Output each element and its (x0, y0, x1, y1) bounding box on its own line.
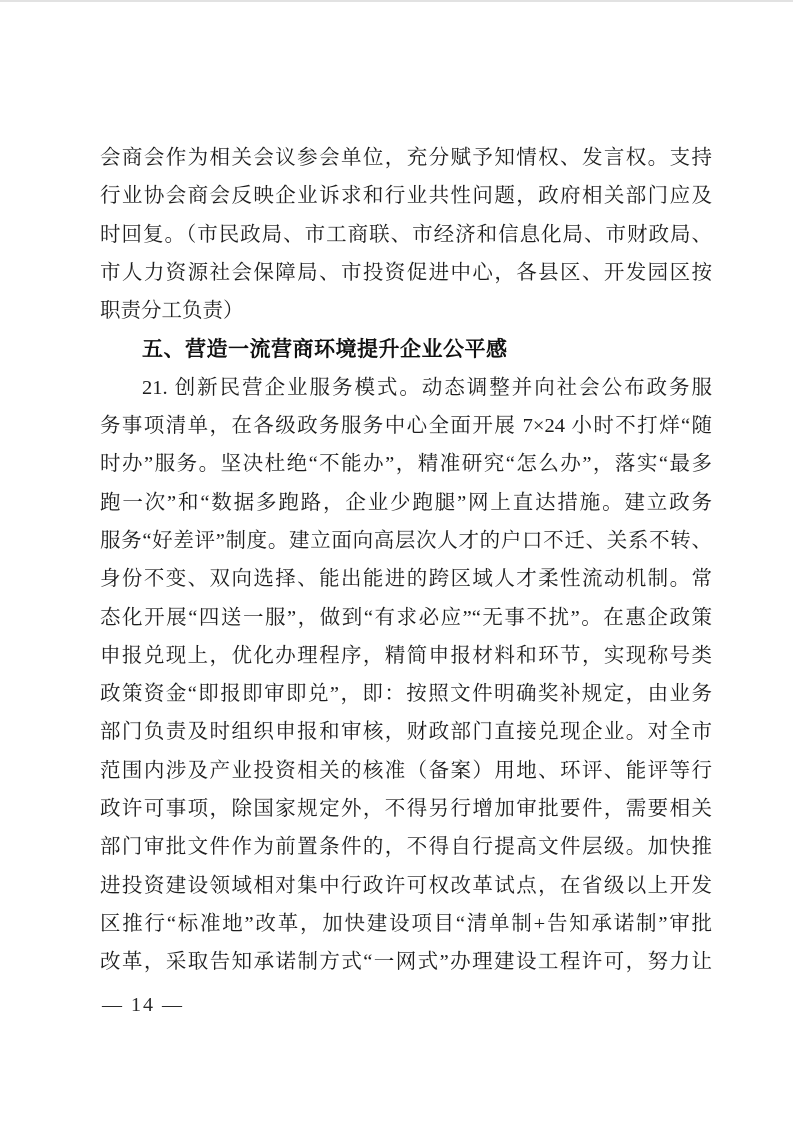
text-line: 范围内涉及产业投资相关的核准（备案）用地、环评、能评等行 (100, 752, 712, 790)
text-line: 务事项清单，在各级政务服务中心全面开展 7×24 小时不打烊“随 (100, 407, 712, 445)
text-line: 部门负责及时组织申报和审核，财政部门直接兑现企业。对全市 (100, 713, 712, 751)
scan-edge-line (0, 0, 793, 2)
text-line: 会商会作为相关会议参会单位，充分赋予知情权、发言权。支持 (100, 139, 712, 177)
text-line: 申报兑现上，优化办理程序，精简申报材料和环节，实现称号类 (100, 637, 712, 675)
section-heading: 五、营造一流营商环境提升企业公平感 (100, 330, 712, 368)
document-page: 会商会作为相关会议参会单位，充分赋予知情权、发言权。支持行业协会商会反映企业诉求… (0, 0, 793, 1122)
document-body: 会商会作为相关会议参会单位，充分赋予知情权、发言权。支持行业协会商会反映企业诉求… (100, 139, 712, 982)
text-line: 部门审批文件作为前置条件的，不得自行提高文件层级。加快推 (100, 828, 712, 866)
text-line: 服务“好差评”制度。建立面向高层次人才的户口不迁、关系不转、 (100, 522, 712, 560)
text-line: 区推行“标准地”改革，加快建设项目“清单制+告知承诺制”审批 (100, 905, 712, 943)
text-line: 职责分工负责） (100, 292, 712, 330)
text-line: 进投资建设领域相对集中行政许可权改革试点，在省级以上开发 (100, 867, 712, 905)
text-line: 改革，采取告知承诺制方式“一网式”办理建设工程许可，努力让 (100, 943, 712, 981)
text-line: 时办”服务。坚决杜绝“不能办”，精准研究“怎么办”，落实“最多 (100, 445, 712, 483)
text-line: 态化开展“四送一服”，做到“有求必应”“无事不扰”。在惠企政策 (100, 599, 712, 637)
text-line: 市人力资源社会保障局、市投资促进中心，各县区、开发园区按 (100, 254, 712, 292)
page-number: — 14 — (102, 994, 184, 1017)
text-line: 身份不变、双向选择、能出能进的跨区域人才柔性流动机制。常 (100, 560, 712, 598)
text-line: 政许可事项，除国家规定外，不得另行增加审批要件，需要相关 (100, 790, 712, 828)
text-line: 21. 创新民营企业服务模式。动态调整并向社会公布政务服 (100, 369, 712, 407)
text-line: 跑一次”和“数据多跑路，企业少跑腿”网上直达措施。建立政务 (100, 484, 712, 522)
text-line: 政策资金“即报即审即兑”，即：按照文件明确奖补规定，由业务 (100, 675, 712, 713)
text-line: 时回复。（市民政局、市工商联、市经济和信息化局、市财政局、 (100, 216, 712, 254)
text-line: 行业协会商会反映企业诉求和行业共性问题，政府相关部门应及 (100, 177, 712, 215)
